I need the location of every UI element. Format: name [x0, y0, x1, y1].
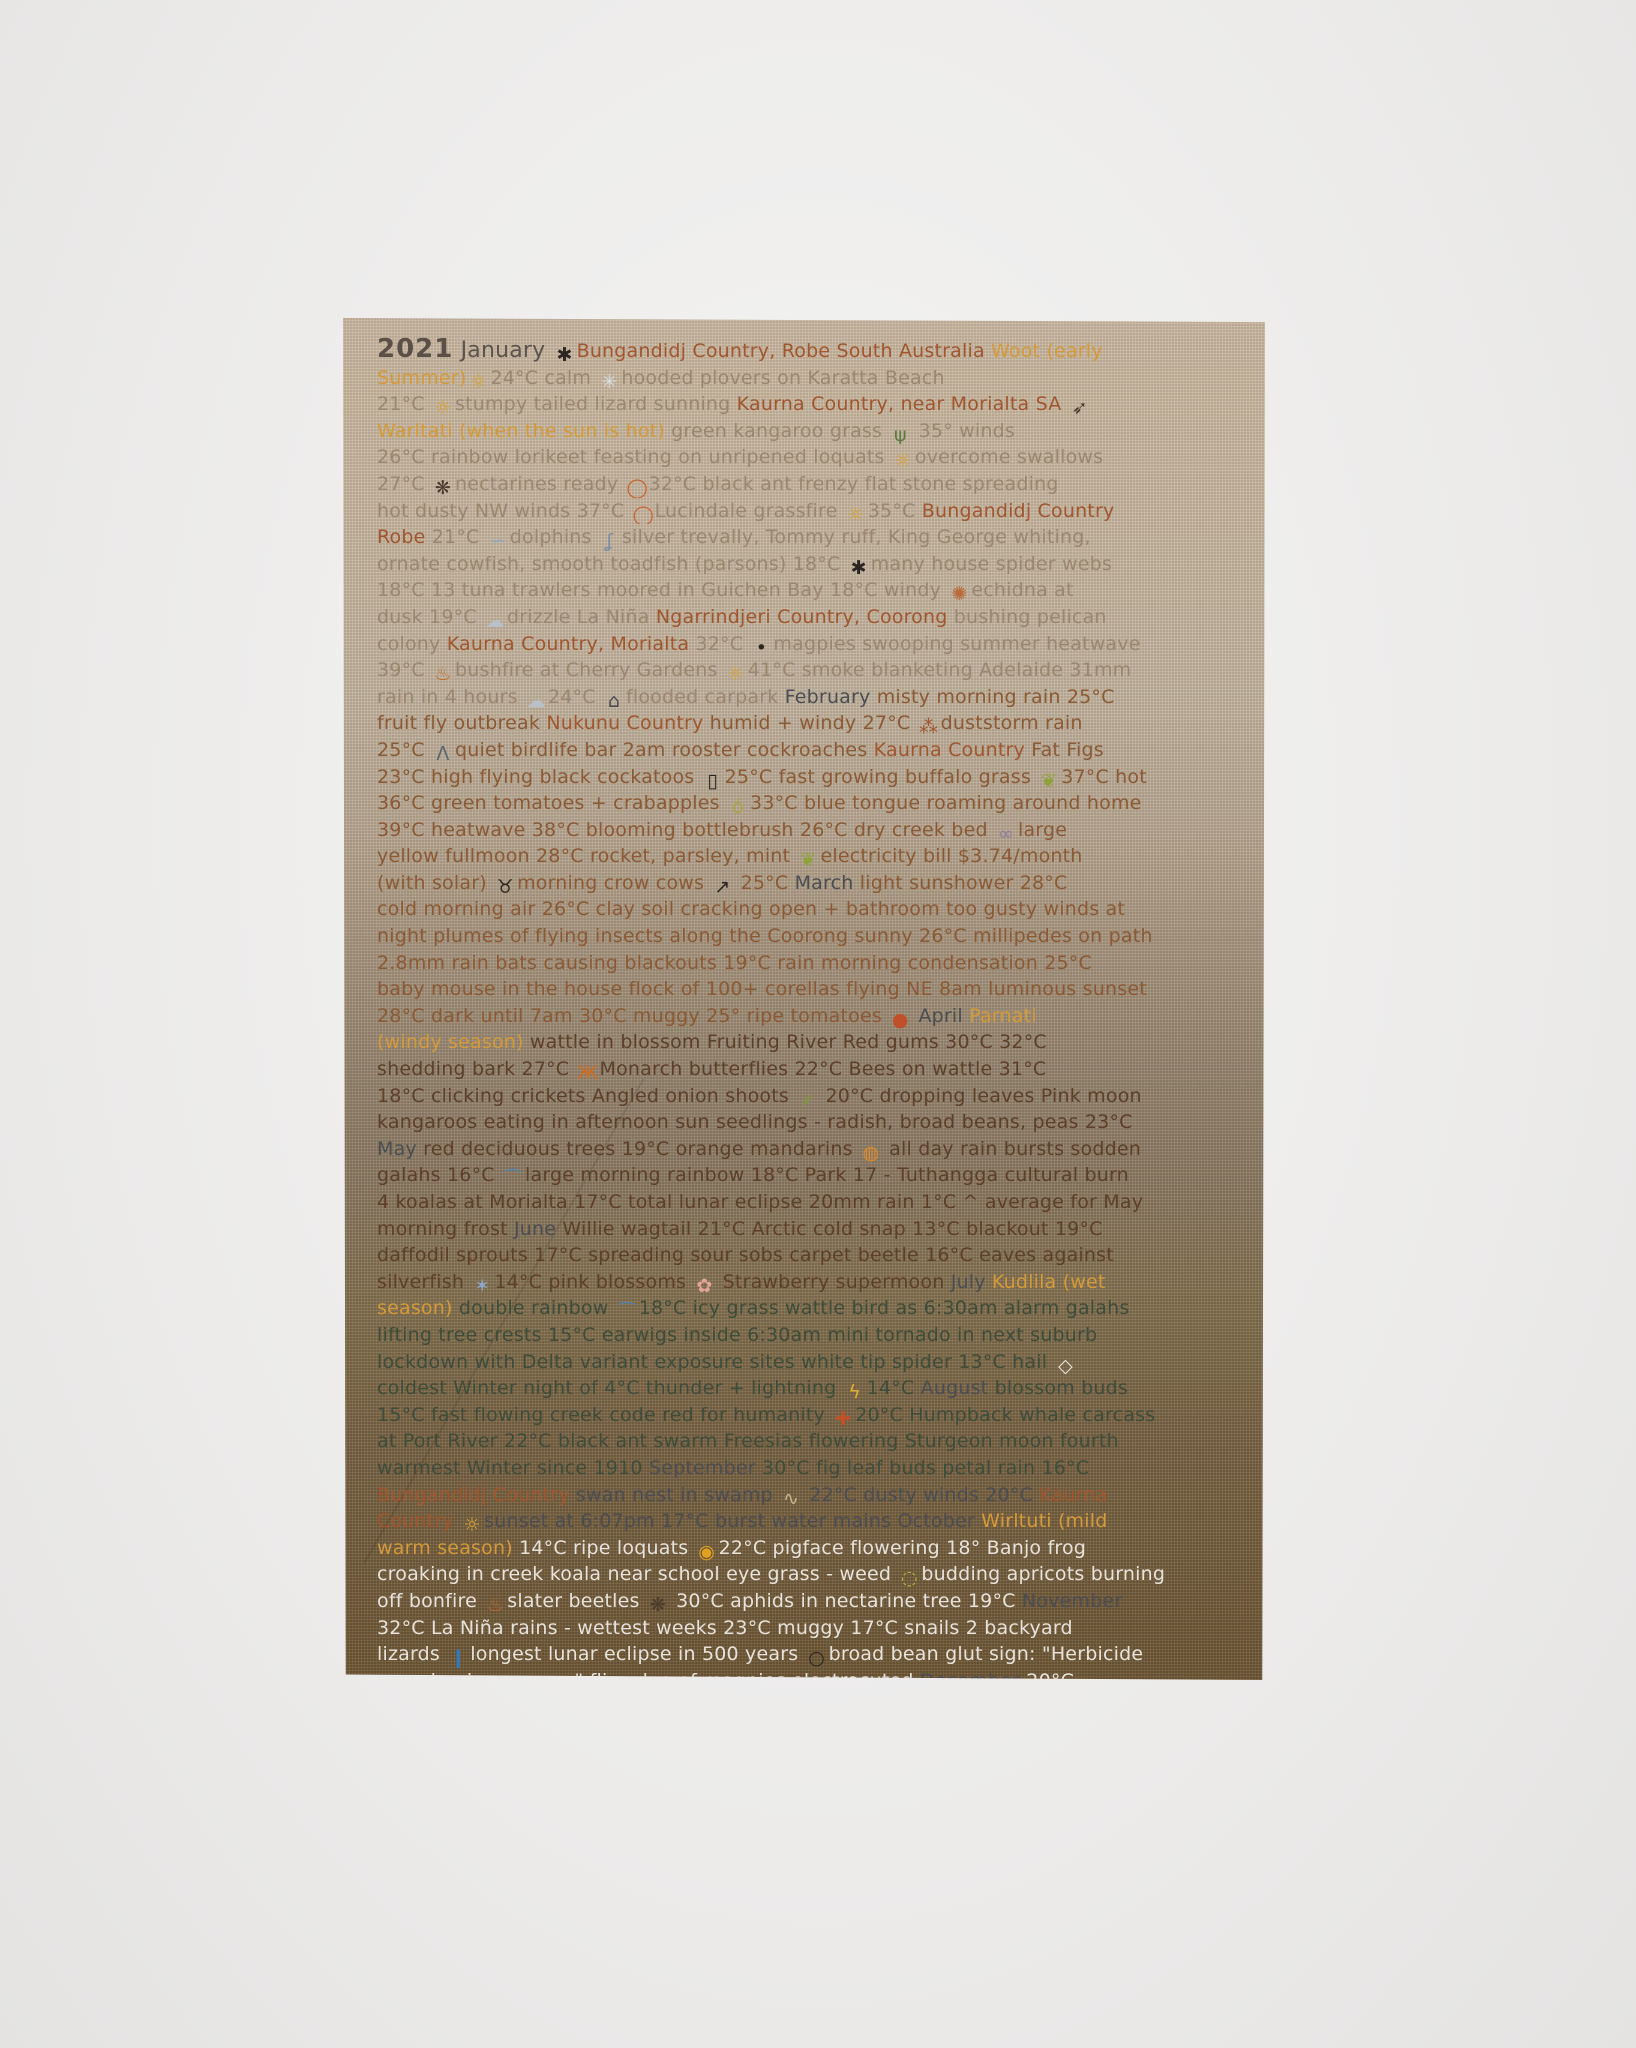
dolphin-icon: ∽ — [488, 528, 508, 548]
stitched-phrase: 20°C Humpback whale carcass — [855, 1404, 1155, 1426]
nectarine-icon: ◯ — [633, 502, 653, 522]
stitched-phrase: shedding bark 27°C — [377, 1058, 576, 1080]
virus-icon: ✹ — [754, 1751, 774, 1771]
stitched-phrase: 25°C — [377, 739, 431, 761]
stitched-line: dusk 19°C ☁drizzle La Niña Ngarrindjeri … — [377, 604, 1245, 631]
feather-icon: ➶ — [1070, 395, 1090, 415]
month-label: January — [453, 338, 552, 363]
stitched-phrase: 14°C — [867, 1377, 921, 1399]
stitched-phrase: 20°C — [1020, 1670, 1074, 1692]
stitched-phrase: new variant - Omicron — [524, 1749, 752, 1771]
stitched-line: lizards ❙longest lunar eclipse in 500 ye… — [377, 1641, 1245, 1668]
stitched-line: 18°C 13 tuna trawlers moored in Guichen … — [377, 577, 1245, 604]
cross-icon: ✚ — [833, 1406, 853, 1426]
rainbow-icon: ⌒ — [503, 1166, 523, 1186]
bird-icon: ᐱ — [558, 1698, 578, 1718]
stitched-line: baby mouse in the house flock of 100+ co… — [377, 976, 1245, 1003]
stitched-phrase: 27°C — [377, 473, 431, 495]
stitched-phrase: dusk 19°C — [377, 606, 483, 628]
stitched-phrase: 4 koalas at Morialta 17°C total lunar ec… — [377, 1191, 1143, 1213]
stitched-phrase: March — [795, 872, 854, 894]
stitched-phrase: Kaurna Country, Morialta — [447, 633, 696, 655]
stitched-line: Warltati (when the sun is hot) green kan… — [377, 418, 1245, 445]
stitched-line: silverfish ✶14°C pink blossoms ✿ Strawbe… — [377, 1269, 1245, 1296]
year-label: 2021 — [377, 336, 453, 364]
stitched-line: 2021 January ✱Bungandidj Country, Robe S… — [377, 336, 1245, 365]
stitched-phrase: wattle in blossom Fruiting River Red gum… — [524, 1031, 1047, 1053]
stitched-phrase: 22°C less Christmas beetles low flying G… — [377, 1723, 1057, 1745]
stitched-phrase: April — [912, 1005, 969, 1027]
stitched-line: Summer)☼24°C calm ✳hooded plovers on Kar… — [377, 365, 1245, 392]
stitched-line: night plumes of flying insects along the… — [377, 923, 1245, 950]
stitched-phrase: December — [920, 1670, 1020, 1692]
hail-icon: ◇ — [1055, 1353, 1075, 1373]
stitched-phrase: 21°C — [377, 393, 431, 415]
stitched-phrase: fruit fly outbreak — [377, 712, 546, 734]
stitched-phrase: silver trevally, Tommy ruff, King George… — [622, 526, 1091, 548]
stitched-phrase: 36°C green tomatoes + crabapples — [377, 792, 726, 814]
car-icon: ⌂ — [604, 688, 624, 708]
stitched-phrase: green kangaroo grass — [665, 420, 888, 442]
stitched-phrase: galahs 16°C — [377, 1164, 501, 1186]
stitched-phrase: jacaranda blooms — [377, 1696, 556, 1718]
stitched-phrase: Bungandidj Country — [922, 500, 1115, 522]
stitched-phrase: (windy season) — [377, 1031, 524, 1053]
fire-icon: ♨ — [433, 661, 453, 681]
stitched-line: hot dusty NW winds 37°C ◯Lucindale grass… — [377, 498, 1245, 525]
silverfish-icon: ✶ — [472, 1273, 492, 1293]
phone-icon: ▯ — [703, 768, 723, 788]
stitched-line: 22°C less Christmas beetles low flying G… — [377, 1721, 1245, 1748]
stitched-line: 26°C rainbow lorikeet feasting on unripe… — [377, 444, 1245, 471]
grass-icon: ψ — [890, 422, 910, 442]
stitched-phrase: 34°C hum of bees 31°C — [793, 1776, 1022, 1798]
stitched-phrase: 15°C fast flowing creek code red for hum… — [377, 1404, 831, 1426]
stitched-line: ornate cowfish, smooth toadfish (parsons… — [377, 551, 1245, 578]
leaf-icon: ❦ — [798, 847, 818, 867]
stitched-phrase: Strawberry supermoon — [716, 1271, 950, 1293]
sprout-icon: ⸙ — [797, 1087, 817, 1107]
stitched-phrase: croaking in creek koala near school eye … — [377, 1563, 897, 1585]
stitched-phrase: light sunshower 28°C — [854, 872, 1068, 894]
stitched-phrase: overcome swallows — [915, 446, 1103, 468]
cow-icon: ♉ — [495, 874, 515, 894]
stitched-line: lockdown with Delta variant exposure sit… — [377, 1349, 1245, 1376]
lizard-icon: ❙ — [448, 1645, 468, 1665]
stitched-line: kangaroos eating in afternoon sun seedli… — [377, 1109, 1245, 1136]
stitched-phrase: 24°C Christmas comet - Comet Leonard — [377, 1776, 769, 1798]
stitched-line: 25°C ᐱquiet birdlife bar 2am rooster coc… — [377, 737, 1245, 764]
stitched-line: 21°C ☼stumpy tailed lizard sunning Kaurn… — [377, 391, 1245, 418]
stitched-phrase: 20°C dropping leaves Pink moon — [819, 1085, 1142, 1107]
stitched-phrase: 22°C pigface flowering 18° Banjo frog — [719, 1537, 1087, 1559]
stitched-phrase: kangaroos eating in afternoon sun seedli… — [377, 1111, 1133, 1133]
swan-icon: ∿ — [781, 1486, 801, 1506]
nectarine-icon: ◯ — [627, 475, 647, 495]
stitched-phrase: red deciduous trees 19°C orange mandarin… — [417, 1138, 859, 1160]
stitched-line: 18°C clicking crickets Angled onion shoo… — [377, 1083, 1245, 1110]
stitched-phrase: Bungandidj Country — [377, 1484, 570, 1506]
lightning-icon: ϟ — [845, 1379, 865, 1399]
stitched-phrase: flooded carpark — [626, 686, 785, 708]
stitched-phrase: hot dusty NW winds 37°C — [377, 500, 631, 522]
stitched-phrase: 32°C — [695, 633, 749, 655]
rainbow-icon: ⌒ — [617, 1299, 637, 1319]
stitched-phrase: duststorm rain — [941, 712, 1083, 734]
stitched-phrase: 32°C black ant frenzy flat stone spreadi… — [649, 473, 1059, 495]
stitched-line: May red deciduous trees 19°C orange mand… — [377, 1136, 1245, 1163]
stitched-phrase: double rainbow — [453, 1297, 615, 1319]
stitched-phrase: stumpy tailed lizard sunning — [455, 393, 737, 415]
stitched-phrase: sunset at 6:07pm 17°C burst water mains — [484, 1510, 897, 1532]
spider-icon: ✱ — [849, 555, 869, 575]
stitched-line: daffodil sprouts 17°C spreading sour sob… — [377, 1242, 1245, 1269]
sun-icon: ☼ — [433, 395, 453, 415]
stitched-phrase: 18°C 13 tuna trawlers moored in Guichen … — [377, 579, 947, 601]
stitched-phrase: May — [377, 1138, 417, 1160]
cloud-icon: ☁ — [526, 688, 546, 708]
stitched-phrase: 35°C — [868, 500, 922, 522]
stitched-phrase: (with solar) — [377, 872, 493, 894]
stitched-line: 28°C dark until 7am 30°C muggy 25° ripe … — [377, 1003, 1245, 1030]
stitched-phrase: Bungandidj Country, Robe South Australia — [577, 340, 991, 362]
stitched-phrase: 37°C hot — [1061, 766, 1147, 788]
blossom-icon: ✿ — [694, 1273, 714, 1293]
embroidered-linen-textile: 2021 January ✱Bungandidj Country, Robe S… — [343, 318, 1265, 1680]
stitched-phrase: Ngarrindjeri Country, Coorong — [656, 606, 948, 628]
bubbles-icon: ∞ — [996, 821, 1016, 841]
stitched-phrase: 22°C dusty winds 20°C — [803, 1484, 1039, 1506]
stitched-line: (with solar) ♉morning crow cows ↗ 25°C M… — [377, 870, 1245, 897]
stitched-line: jacaranda blooms ᐱbirds of prey flying o… — [377, 1694, 1245, 1721]
stitched-phrase: electricity bill $3.74/month — [820, 845, 1082, 867]
bubble-icon: ✪ — [502, 1751, 522, 1771]
stitched-phrase: spraying in progress" flies duo of magpi… — [377, 1670, 920, 1692]
stitched-phrase: large morning rainbow 18°C Park 17 - Tut… — [525, 1164, 1129, 1186]
cloud-icon: ☁ — [485, 608, 505, 628]
stitched-phrase: warm season) — [377, 1537, 513, 1559]
stitched-phrase: June — [514, 1218, 556, 1240]
spider-icon: ✱ — [555, 342, 575, 362]
stitched-phrase: at Port River 22°C black ant swarm Frees… — [377, 1430, 1119, 1452]
stitched-line: rain in 4 hours ☁24°C ⌂flooded carpark F… — [377, 684, 1245, 711]
stitched-phrase: 24°C calm — [490, 367, 597, 389]
stitched-phrase: Warltati (when the sun is hot) — [377, 420, 665, 442]
stitched-phrase: lizards — [377, 1643, 446, 1665]
stitched-line: 24°C Christmas comet - Comet Leonard ☄34… — [377, 1774, 1245, 1801]
stitched-phrase: lifting tree crests 15°C earwigs inside … — [377, 1324, 1097, 1346]
star-icon: ✳ — [599, 369, 619, 389]
stitched-phrase: Monarch butterflies 22°C Bees on wattle … — [600, 1058, 1047, 1080]
stitched-line: spraying in progress" flies duo of magpi… — [377, 1668, 1245, 1695]
stitched-phrase: warmest Winter since 1910 — [377, 1457, 649, 1479]
stitched-phrase: rain in 4 hours — [377, 686, 524, 708]
stitched-line: warm season) 14°C ripe loquats ◉22°C pig… — [377, 1535, 1245, 1562]
stitched-phrase: Nukunu Country — [546, 712, 703, 734]
loquat-icon: ◉ — [697, 1539, 717, 1559]
stitched-phrase: 30°C fig leaf buds petal rain 16°C — [756, 1457, 1089, 1479]
stitched-line: season) double rainbow ⌒18°C icy grass w… — [377, 1295, 1245, 1322]
stitched-phrase: ornate cowfish, smooth toadfish (parsons… — [377, 553, 847, 575]
stitched-line: 15°C fast flowing creek code red for hum… — [377, 1402, 1245, 1429]
apricot-icon: ◌ — [899, 1565, 919, 1585]
stitched-line: Bungandidj Country swan nest in swamp ∿ … — [377, 1482, 1245, 1509]
beetle-icon: ❋ — [433, 475, 453, 495]
tomato-icon: ● — [890, 1007, 910, 1027]
stitched-phrase: bushing pelican — [948, 606, 1107, 628]
stitched-phrase: 2.8mm rain bats causing blackouts 19°C r… — [377, 952, 1092, 974]
stitched-line: 39°C heatwave 38°C blooming bottlebrush … — [377, 817, 1245, 844]
stitched-line: yellow fullmoon 28°C rocket, parsley, mi… — [377, 843, 1245, 870]
stitched-phrase: large — [1018, 819, 1067, 841]
stitched-phrase: 28°C dark until 7am 30°C muggy 25° ripe … — [377, 1005, 888, 1027]
stitched-phrase: budding apricots burning — [921, 1563, 1165, 1585]
embroidered-diary-text: 2021 January ✱Bungandidj Country, Robe S… — [377, 336, 1245, 1801]
stitched-phrase: February — [785, 686, 871, 708]
stitched-phrase: birds of prey flying over city at dusk s… — [580, 1696, 1068, 1718]
stitched-line: croaking in creek koala near school eye … — [377, 1561, 1245, 1588]
stitched-line: Country ☼sunset at 6:07pm 17°C burst wat… — [377, 1508, 1245, 1535]
stitched-phrase: 18°C icy grass wattle bird as 6:30am ala… — [639, 1297, 1130, 1319]
comet-icon: ☄ — [771, 1778, 791, 1798]
stitched-line: 36°C green tomatoes + crabapples ó33°C b… — [377, 790, 1245, 817]
stitched-phrase: quiet birdlife bar 2am rooster cockroach… — [455, 739, 874, 761]
stitched-phrase: 33°C blue tongue roaming around home — [750, 792, 1142, 814]
stitched-line: off bonfire ♨slater beetles ❋ 30°C aphid… — [377, 1588, 1245, 1615]
stitched-line: 39°C ♨bushfire at Cherry Gardens ☼41°C s… — [377, 657, 1245, 684]
stitched-phrase: Kaurna Country — [874, 739, 1025, 761]
stitched-phrase: 18°C clicking crickets Angled onion shoo… — [377, 1085, 795, 1107]
stitched-phrase: all day rain bursts sodden — [883, 1138, 1141, 1160]
stitched-line: heat bubble ✪ new variant - Omicron ✹fru… — [377, 1747, 1245, 1774]
stitched-line: Robe 21°C ∽dolphins ʆsilver trevally, To… — [377, 524, 1245, 551]
stitched-phrase: longest lunar eclipse in 500 years — [470, 1643, 804, 1665]
stitched-phrase: morning frost — [377, 1218, 514, 1240]
stitched-line: morning frost June Willie wagtail 21°C A… — [377, 1216, 1245, 1243]
stitched-phrase: September — [649, 1457, 756, 1479]
stitched-line: warmest Winter since 1910 September 30°C… — [377, 1455, 1245, 1482]
stitched-phrase: August — [921, 1377, 989, 1399]
stitched-phrase: 35° winds — [912, 420, 1015, 442]
stitched-phrase: Summer) — [377, 367, 466, 389]
stitched-line: 27°C ❋nectarines ready ◯32°C black ant f… — [377, 471, 1245, 498]
echidna-icon: ✺ — [949, 581, 969, 601]
moon-icon: ○ — [807, 1645, 827, 1665]
stitched-phrase: magpies swooping summer heatwave — [773, 633, 1140, 655]
stitched-phrase: Robe — [377, 526, 432, 548]
stitched-phrase: broad bean glut sign: "Herbicide — [829, 1643, 1144, 1665]
stitched-line: galahs 16°C ⌒large morning rainbow 18°C … — [377, 1162, 1245, 1189]
stitched-phrase: 26°C rainbow lorikeet feasting on unripe… — [377, 446, 891, 468]
stitched-phrase: 21°C — [432, 526, 486, 548]
stitched-phrase: coldest Winter night of 4°C thunder + li… — [377, 1377, 843, 1399]
stitched-phrase: 25°C — [734, 872, 794, 894]
stitched-phrase: Country — [377, 1510, 460, 1532]
stitched-line: 23°C high flying black cockatoos ▯25°C f… — [377, 764, 1245, 791]
stitched-phrase: swan nest in swamp — [570, 1484, 779, 1506]
stitched-phrase: many house spider webs — [871, 553, 1112, 575]
magpie-icon: • — [751, 635, 771, 655]
stitched-phrase: humid + windy 27°C — [703, 712, 916, 734]
stitched-phrase: 14°C ripe loquats — [513, 1537, 695, 1559]
apple-icon: ó — [728, 794, 748, 814]
fire-icon: ♨ — [485, 1592, 505, 1612]
stitched-line: 2.8mm rain bats causing blackouts 19°C r… — [377, 950, 1245, 977]
stitched-line: cold morning air 26°C clay soil cracking… — [377, 896, 1245, 923]
beetle-icon: ❋ — [648, 1592, 668, 1612]
stitched-line: colony Kaurna Country, Morialta 32°C •ma… — [377, 631, 1245, 658]
stitched-phrase: 39°C — [377, 659, 431, 681]
stitched-line: fruit fly outbreak Nukunu Country humid … — [377, 710, 1245, 737]
stitched-phrase: 41°C smoke blanketing Adelaide 31mm — [748, 659, 1132, 681]
stitched-phrase: colony — [377, 633, 447, 655]
stitched-line: shedding bark 27°C ЖMonarch butterflies … — [377, 1056, 1245, 1083]
stitched-phrase: cold morning air 26°C clay soil cracking… — [377, 898, 1125, 920]
stitched-phrase: heat bubble — [377, 1749, 500, 1771]
stitched-phrase: Kudlila (wet — [986, 1271, 1106, 1293]
dust-icon: ⁂ — [919, 714, 939, 734]
stitched-phrase: blossom buds — [988, 1377, 1128, 1399]
stitched-phrase: October — [897, 1510, 974, 1532]
sun-icon: ☼ — [462, 1512, 482, 1532]
stitched-phrase: Kaurna — [1039, 1484, 1107, 1506]
hook-icon: ʆ — [600, 528, 620, 548]
stitched-phrase: off bonfire — [377, 1590, 483, 1612]
stitched-phrase: Parnati — [969, 1005, 1037, 1027]
stitched-line: 4 koalas at Morialta 17°C total lunar ec… — [377, 1189, 1245, 1216]
stitched-line: (windy season) wattle in blossom Fruitin… — [377, 1029, 1245, 1056]
stitched-phrase: daffodil sprouts 17°C spreading sour sob… — [377, 1244, 1114, 1266]
stitched-phrase: yellow fullmoon 28°C rocket, parsley, mi… — [377, 845, 796, 867]
stitched-phrase: dolphins — [510, 526, 598, 548]
stitched-phrase: drizzle La Niña — [507, 606, 656, 628]
sun-icon: ☼ — [468, 369, 488, 389]
stitched-phrase: night plumes of flying insects along the… — [377, 925, 1153, 947]
stitched-phrase: 25°C fast growing buffalo grass — [725, 766, 1038, 788]
stitched-phrase: 39°C heatwave 38°C blooming bottlebrush … — [377, 819, 994, 841]
butterfly-icon: Ж — [578, 1060, 598, 1080]
stitched-phrase: July — [951, 1271, 986, 1293]
crow-icon: ↗ — [712, 874, 732, 894]
stitched-phrase: fruit flies active across SA regions — [776, 1749, 1106, 1771]
stitched-phrase: Willie wagtail 21°C Arctic cold snap 13°… — [556, 1218, 1102, 1240]
stitched-phrase: Wirltuti (mild — [975, 1510, 1108, 1532]
sun-icon: ☼ — [846, 502, 866, 522]
leaf-icon: ❦ — [1039, 768, 1059, 788]
stitched-line: lifting tree crests 15°C earwigs inside … — [377, 1322, 1245, 1349]
stitched-line: coldest Winter night of 4°C thunder + li… — [377, 1375, 1245, 1402]
stitched-phrase: misty morning rain 25°C — [870, 686, 1114, 708]
stitched-phrase: Kaurna Country, near Morialta SA — [737, 393, 1068, 415]
stitched-phrase: slater beetles — [507, 1590, 646, 1612]
stitched-phrase: 30°C aphids in nectarine tree 19°C — [670, 1590, 1022, 1612]
stitched-phrase: hooded plovers on Karatta Beach — [621, 367, 944, 389]
stitched-phrase: bushfire at Cherry Gardens — [455, 659, 724, 681]
stitched-phrase: 14°C pink blossoms — [494, 1271, 692, 1293]
stitched-phrase: lockdown with Delta variant exposure sit… — [377, 1351, 1053, 1373]
stitched-phrase: Fat Figs — [1025, 739, 1104, 761]
stitched-line: at Port River 22°C black ant swarm Frees… — [377, 1428, 1245, 1455]
stitched-phrase: Lucindale grassfire — [655, 500, 844, 522]
bird-icon: ᐱ — [433, 741, 453, 761]
stitched-phrase: 32°C La Niña rains - wettest weeks 23°C … — [377, 1617, 1073, 1639]
fabric-fold — [863, 1817, 924, 1945]
stitched-line: 32°C La Niña rains - wettest weeks 23°C … — [377, 1615, 1245, 1642]
stitched-phrase: 23°C high flying black cockatoos — [377, 766, 701, 788]
stitched-phrase: echidna at — [971, 579, 1073, 601]
mandarin-icon: ◍ — [861, 1140, 881, 1160]
stitched-phrase: Woot (early — [991, 340, 1103, 362]
stitched-phrase: 24°C — [548, 686, 602, 708]
stitched-phrase: nectarines ready — [455, 473, 625, 495]
sun-icon: ☼ — [893, 448, 913, 468]
stitched-phrase: November — [1022, 1590, 1122, 1612]
stitched-phrase: silverfish — [377, 1271, 470, 1293]
sun-icon: ☼ — [726, 661, 746, 681]
stitched-phrase: baby mouse in the house flock of 100+ co… — [377, 978, 1147, 1000]
stitched-phrase: season) — [377, 1297, 453, 1319]
stitched-phrase: morning crow cows — [517, 872, 710, 894]
